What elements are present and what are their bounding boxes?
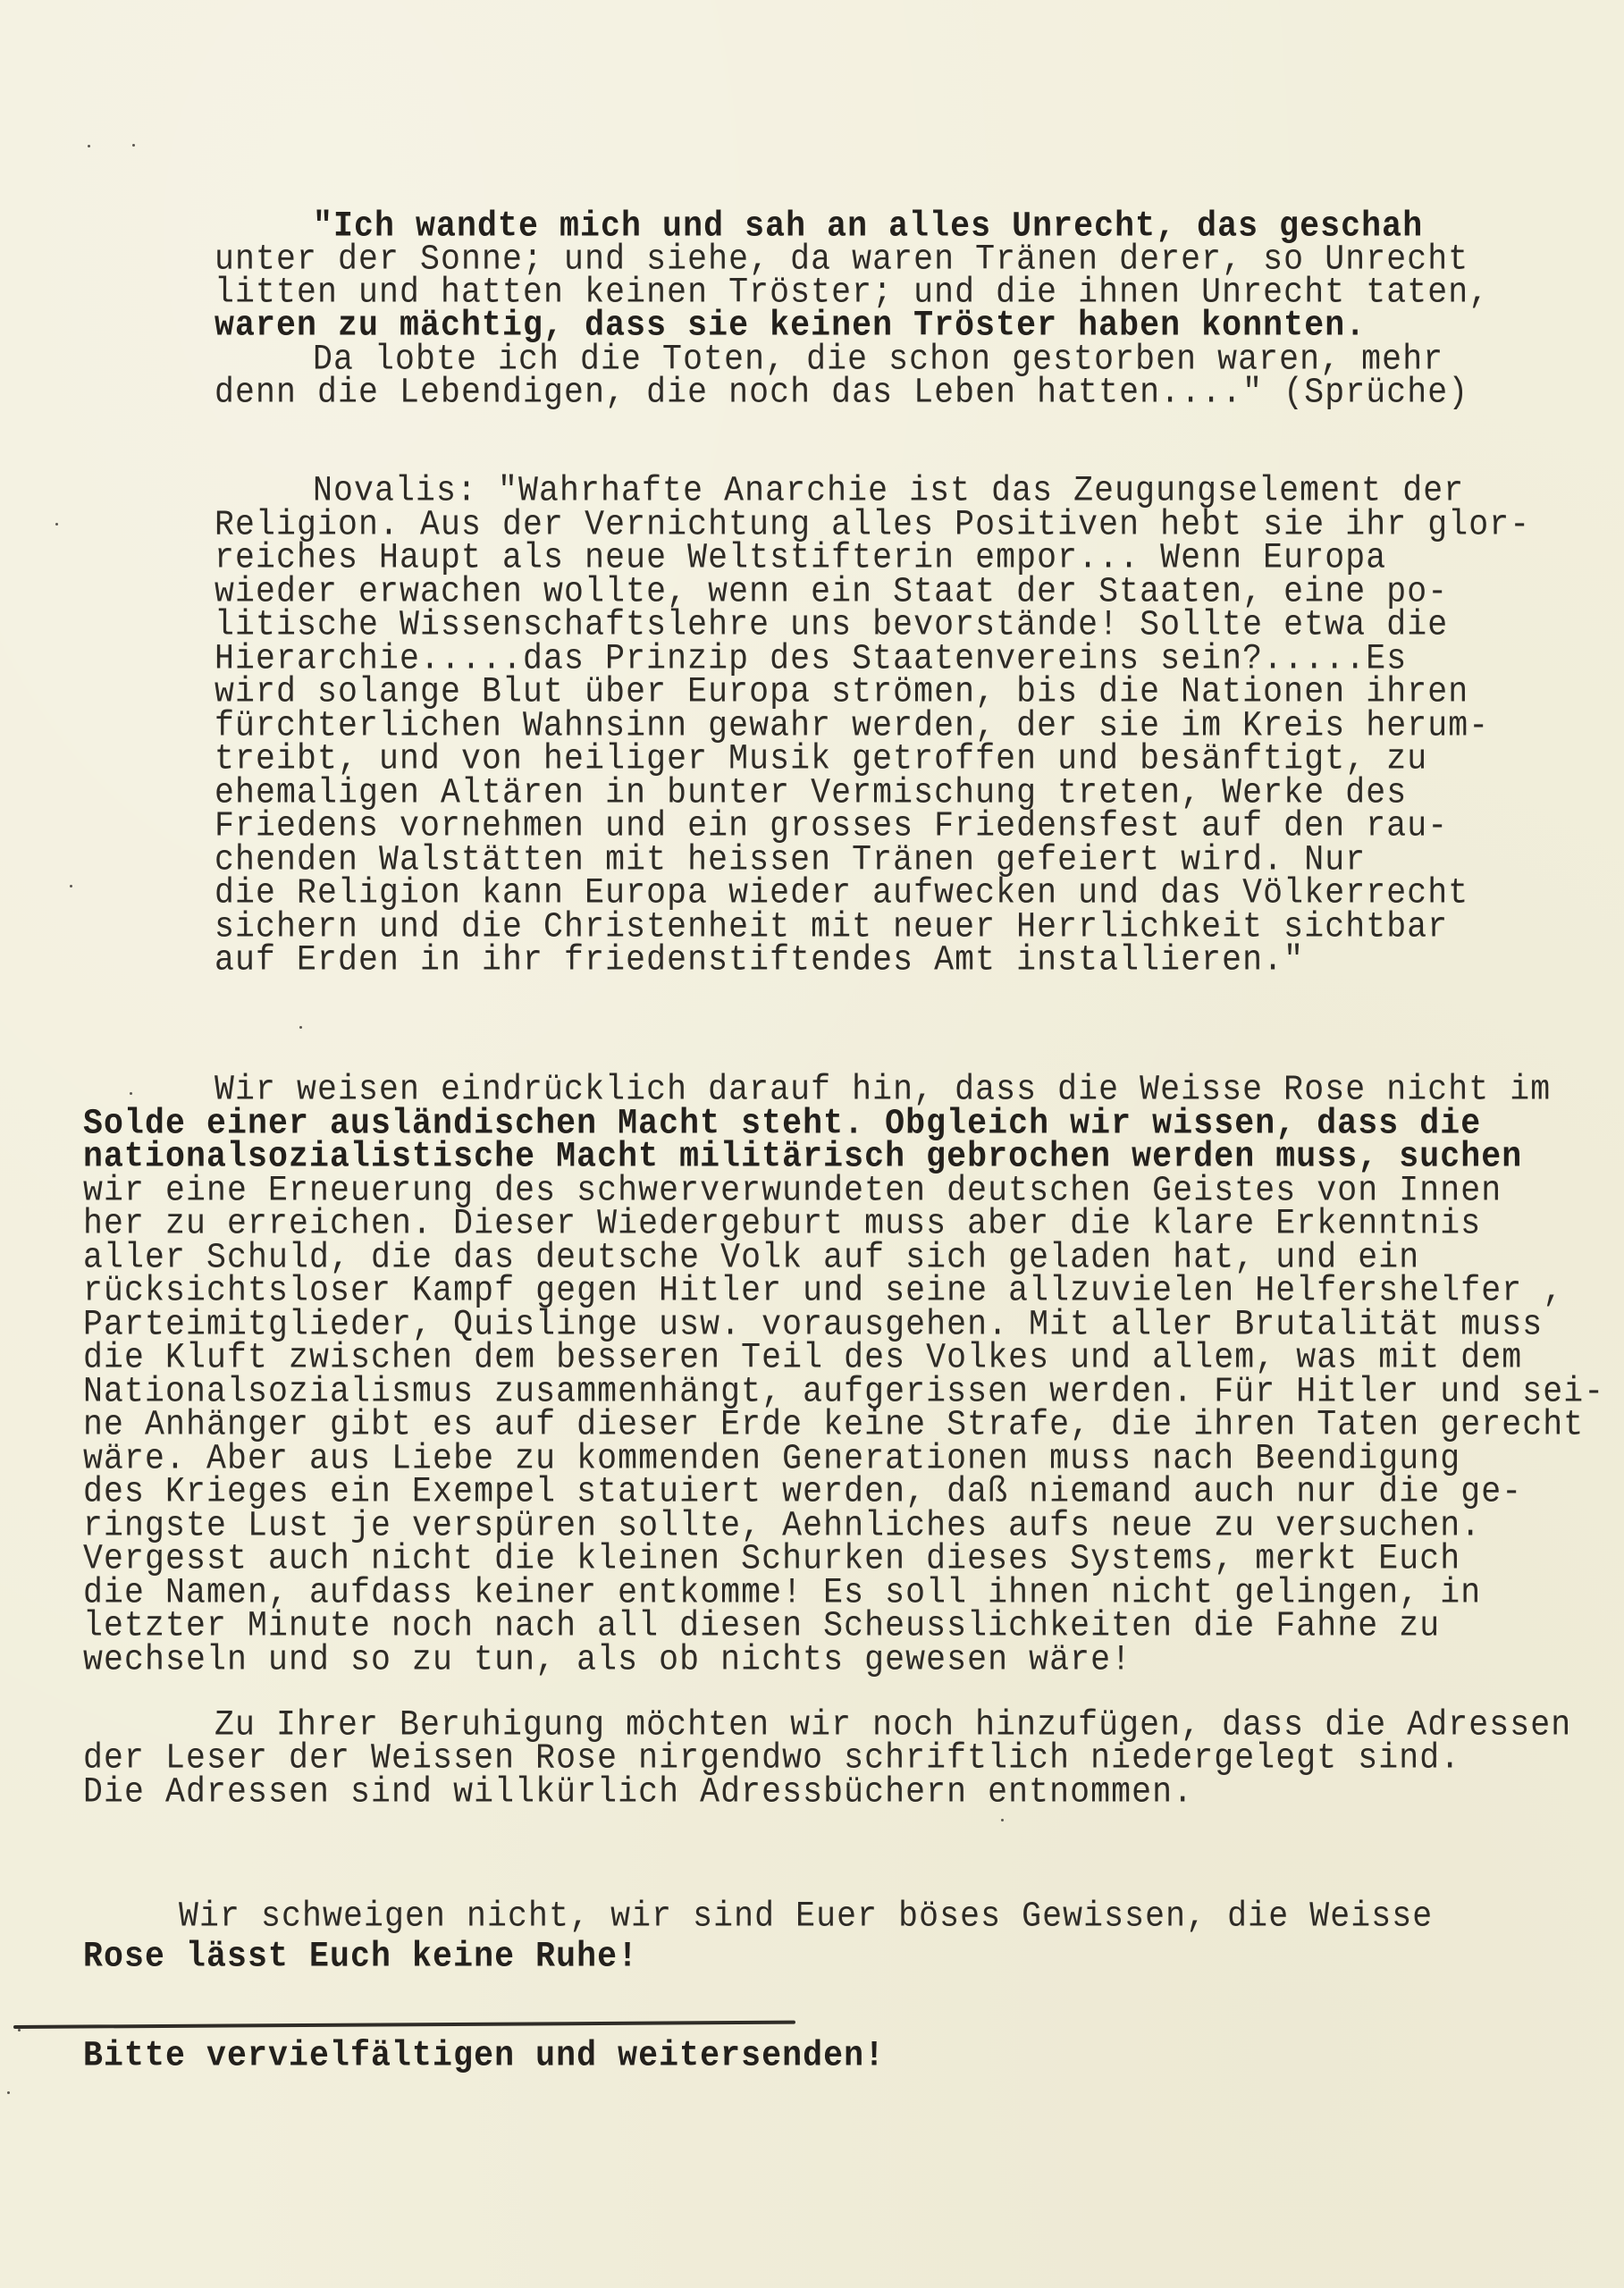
paper-speck (70, 885, 72, 887)
closing-line: Wir schweigen nicht, wir sind Euer böses… (179, 1897, 1433, 1936)
quote-line: denn die Lebendigen, die noch das Leben … (215, 374, 1468, 412)
paper-speck (130, 1092, 132, 1095)
call-to-action: Bitte vervielfältigen und weitersenden! (83, 2037, 885, 2075)
main-line: wechseln und so zu tun, als ob nichts ge… (83, 1641, 1132, 1679)
paper-speck (299, 1026, 302, 1029)
address-line: Die Adressen sind willkürlich Adressbüch… (83, 1773, 1193, 1812)
paper-speck (1001, 1819, 1004, 1821)
paper-speck (7, 2091, 10, 2094)
paper-speck (88, 145, 90, 147)
paper-speck (55, 523, 58, 526)
closing-line: Rose lässt Euch keine Ruhe! (83, 1938, 638, 1976)
paper-speck (132, 144, 135, 147)
novalis-line: auf Erden in ihr friedenstiftendes Amt i… (215, 941, 1304, 980)
paper-speck (18, 2029, 21, 2031)
